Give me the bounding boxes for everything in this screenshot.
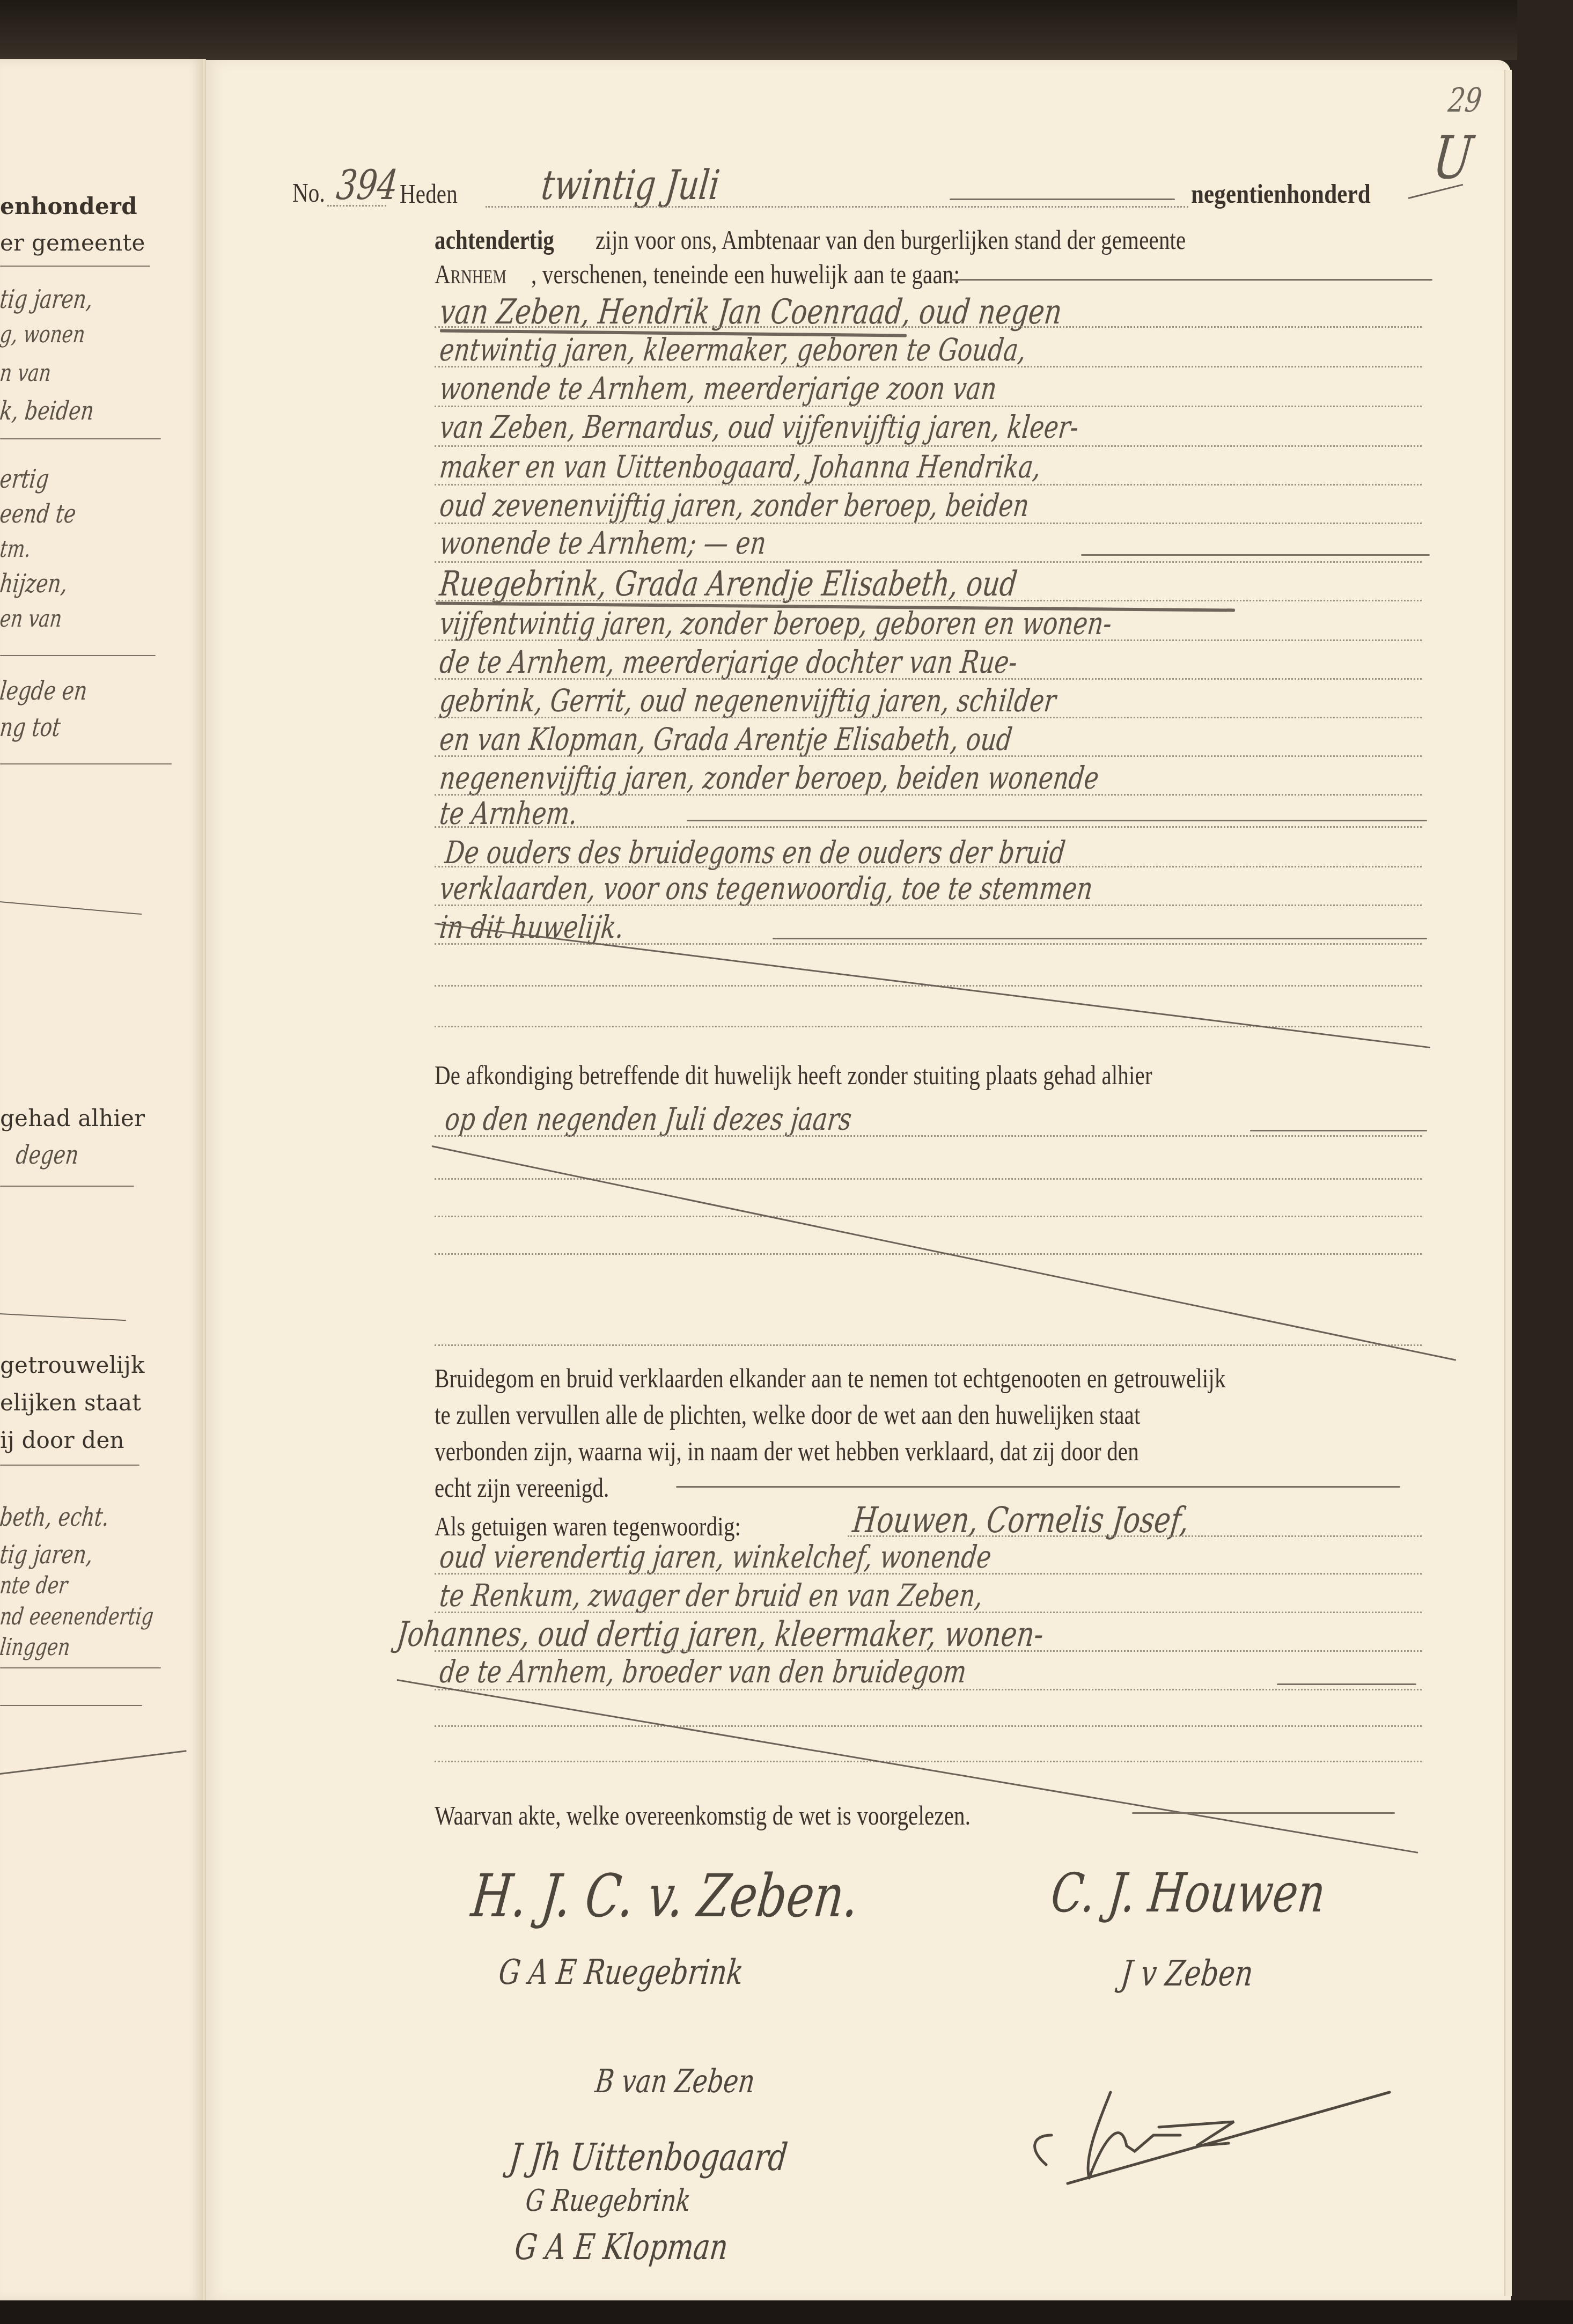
dotted-line bbox=[435, 1216, 1422, 1217]
handwritten-line: entwintig jaren, kleermaker, geboren te … bbox=[438, 332, 1028, 368]
left-hand-fragment: nd eeenendertig bbox=[0, 1603, 155, 1630]
dotted-line bbox=[435, 678, 1422, 680]
fill-rule bbox=[1132, 1812, 1395, 1814]
dotted-line bbox=[435, 1612, 1422, 1613]
signature-bride: G A E Ruegebrink bbox=[497, 1953, 745, 1992]
handwritten-line: maker en van Uittenbogaard, Johanna Hend… bbox=[438, 448, 1042, 485]
handwritten-line: van Zeben, Bernardus, oud vijfenvijftig … bbox=[438, 409, 1080, 445]
dotted-line bbox=[435, 366, 1422, 367]
left-hand-fragment: hijzen, bbox=[0, 569, 69, 599]
fill-rule bbox=[1250, 1130, 1427, 1131]
signature-mother-bride: G A E Klopman bbox=[513, 2226, 730, 2268]
left-strike-line bbox=[0, 1313, 126, 1321]
dotted-line bbox=[486, 206, 1188, 208]
fill-rule bbox=[676, 1486, 1400, 1488]
left-hand-fragment: nte der bbox=[0, 1572, 69, 1599]
handwritten-line: wonende te Arnhem; — en bbox=[438, 525, 768, 561]
left-rule bbox=[0, 266, 150, 267]
left-printed-fragment: gehad alhier bbox=[0, 1105, 145, 1131]
left-hand-fragment: tm. bbox=[0, 535, 32, 563]
left-printed-fragment: enhonderd bbox=[0, 193, 137, 219]
dotted-line bbox=[435, 1725, 1422, 1727]
handwritten-line: gebrink, Gerrit, oud negenenvijftig jare… bbox=[438, 682, 1058, 719]
left-printed-fragment: ij door den bbox=[0, 1427, 124, 1453]
dotted-line bbox=[435, 326, 1422, 328]
scanned-register-spread: enhonderd er gemeente tig jaren, g, wone… bbox=[0, 0, 1573, 2324]
dotted-line bbox=[435, 904, 1422, 906]
dotted-line bbox=[848, 1535, 1422, 1537]
book-gutter bbox=[202, 59, 206, 2301]
declaration-line: verbonden zijn, waarna wij, in naam der … bbox=[435, 1436, 1139, 1467]
heden-label: Heden bbox=[400, 178, 458, 209]
left-hand-fragment: g, wonen bbox=[0, 321, 86, 348]
signature-witness-houwen: C. J. Houwen bbox=[1048, 1862, 1328, 1924]
declaration-line: echt zijn vereenigd. bbox=[435, 1472, 609, 1503]
corner-mark: U bbox=[1430, 123, 1476, 192]
left-hand-fragment: eend te bbox=[0, 499, 78, 529]
dotted-line bbox=[435, 1344, 1422, 1346]
fill-rule bbox=[1081, 554, 1430, 556]
left-hand-fragment: legde en bbox=[0, 676, 89, 706]
witnesses-label: Als getuigen waren tegenwoordig: bbox=[435, 1511, 741, 1542]
dotted-line bbox=[327, 205, 386, 207]
handwritten-line: wonende te Arnhem, meerderjarige zoon va… bbox=[438, 370, 998, 407]
handwritten-line: De ouders des bruidegoms en de ouders de… bbox=[443, 834, 1067, 871]
scanner-background-bottom bbox=[0, 2300, 1573, 2324]
left-hand-fragment: tig jaren, bbox=[0, 1540, 94, 1570]
left-rule bbox=[0, 1186, 134, 1187]
left-rule bbox=[0, 1667, 161, 1668]
left-strike-line bbox=[0, 901, 142, 915]
dotted-line bbox=[435, 561, 1422, 563]
signature-groom: H. J. C. v. Zeben. bbox=[468, 1862, 862, 1930]
left-hand-fragment: en van bbox=[0, 605, 63, 633]
dotted-line bbox=[435, 639, 1422, 641]
fill-rule bbox=[950, 279, 1432, 281]
signature-father-bride: G Ruegebrink bbox=[524, 2183, 692, 2218]
dotted-line bbox=[435, 484, 1422, 486]
dotted-line bbox=[435, 1761, 1422, 1762]
handwritten-line: Ruegebrink, Grada Arendje Elisabeth, oud bbox=[438, 564, 1019, 604]
fill-rule bbox=[773, 938, 1427, 939]
scanner-background-right bbox=[1517, 0, 1573, 2324]
left-hand-fragment: linggen bbox=[0, 1634, 71, 1661]
left-page-partial: enhonderd er gemeente tig jaren, g, wone… bbox=[0, 59, 204, 2301]
handwritten-line: en van Klopman, Grada Arentje Elisabeth,… bbox=[438, 721, 1014, 757]
declaration-line: Bruidegom en bruid verklaarden elkander … bbox=[435, 1363, 1226, 1394]
dotted-line bbox=[435, 1650, 1422, 1652]
closing-text: Waarvan akte, welke overeenkomstig de we… bbox=[435, 1800, 971, 1831]
dotted-line bbox=[435, 1135, 1422, 1137]
dotted-line bbox=[435, 943, 1422, 945]
dotted-line bbox=[435, 1253, 1422, 1255]
left-rule bbox=[0, 438, 161, 439]
left-rule bbox=[0, 1705, 142, 1706]
fill-rule bbox=[687, 820, 1427, 821]
line3-text: , verschenen, teneinde een huwelijk aan … bbox=[531, 259, 960, 290]
witness-line: de te Arnhem, broeder van den bruidegom bbox=[438, 1653, 968, 1690]
witness-line: oud vierendertig jaren, winkelchef, wone… bbox=[438, 1539, 993, 1575]
dotted-line bbox=[435, 866, 1422, 867]
left-hand-fragment: n van bbox=[0, 359, 53, 387]
dotted-line bbox=[435, 826, 1422, 828]
handwritten-line: negenenvijftig jaren, zonder beroep, bei… bbox=[438, 760, 1100, 796]
dotted-line bbox=[435, 445, 1422, 447]
dotted-line bbox=[435, 406, 1422, 407]
banns-text: De afkondiging betreffende dit huwelijk … bbox=[435, 1060, 1152, 1091]
signature-father-groom: B van Zeben bbox=[593, 2063, 756, 2100]
date-handwritten: twintig Juli bbox=[539, 161, 722, 209]
year-part1: negentienhonderd bbox=[1191, 178, 1371, 209]
dotted-line bbox=[435, 755, 1422, 757]
banns-handwritten: op den negenden Juli dezes jaars bbox=[443, 1101, 854, 1137]
no-label: No. bbox=[292, 177, 325, 208]
record-number: 394 bbox=[334, 161, 400, 209]
dotted-line bbox=[435, 1689, 1422, 1690]
dotted-line bbox=[435, 1573, 1422, 1575]
handwritten-line: vijfentwintig jaren, zonder beroep, gebo… bbox=[438, 605, 1113, 642]
left-rule bbox=[0, 655, 156, 656]
signature-mother-groom: J Jh Uittenbogaard bbox=[508, 2135, 790, 2179]
left-rule bbox=[0, 763, 172, 764]
dotted-line bbox=[435, 523, 1422, 524]
handwritten-line: verklaarden, voor ons tegenwoordig, toe … bbox=[438, 870, 1094, 907]
signature-witness-van-zeben: J v Zeben bbox=[1119, 1953, 1255, 1994]
left-rule bbox=[0, 1465, 139, 1466]
dotted-line bbox=[435, 717, 1422, 718]
left-hand-fragment: beth, echt. bbox=[0, 1502, 111, 1532]
line2-text: zijn voor ons, Ambtenaar van den burgerl… bbox=[596, 224, 1186, 255]
official-signature-flourish bbox=[1019, 2071, 1406, 2200]
page-number-annotation: 29 bbox=[1446, 80, 1484, 120]
left-printed-fragment: getrouwelijk bbox=[0, 1352, 145, 1378]
declaration-line: te zullen vervullen alle de plichten, we… bbox=[435, 1399, 1141, 1430]
municipality: Arnhem bbox=[435, 259, 506, 290]
handwritten-line: de te Arnhem, meerderjarige dochter van … bbox=[438, 644, 1019, 680]
fill-rule bbox=[1277, 1683, 1416, 1685]
left-hand-fragment: ng tot bbox=[0, 712, 62, 742]
fill-rule bbox=[950, 198, 1175, 200]
left-hand-fragment: ertig bbox=[0, 464, 50, 494]
left-strike-line bbox=[0, 1750, 187, 1775]
scanner-background-top bbox=[0, 0, 1573, 60]
page-edge bbox=[1504, 70, 1512, 2296]
handwritten-line: oud zevenenvijftig jaren, zonder beroep,… bbox=[438, 487, 1031, 524]
dotted-line bbox=[435, 600, 1422, 601]
witness-line: Johannes, oud dertig jaren, kleermaker, … bbox=[395, 1615, 1046, 1654]
year-part2: achtendertig bbox=[435, 224, 554, 255]
left-hand-fragment: k, beiden bbox=[0, 396, 95, 426]
left-printed-fragment: er gemeente bbox=[0, 230, 145, 256]
left-printed-fragment: elijken staat bbox=[0, 1389, 141, 1416]
left-hand-fragment: degen bbox=[14, 1140, 80, 1170]
witness-line: te Renkum, zwager der bruid en van Zeben… bbox=[438, 1577, 984, 1614]
witness-line: Houwen, Cornelis Josef, bbox=[851, 1499, 1191, 1541]
left-hand-fragment: tig jaren, bbox=[0, 284, 94, 314]
dotted-line bbox=[435, 794, 1422, 796]
